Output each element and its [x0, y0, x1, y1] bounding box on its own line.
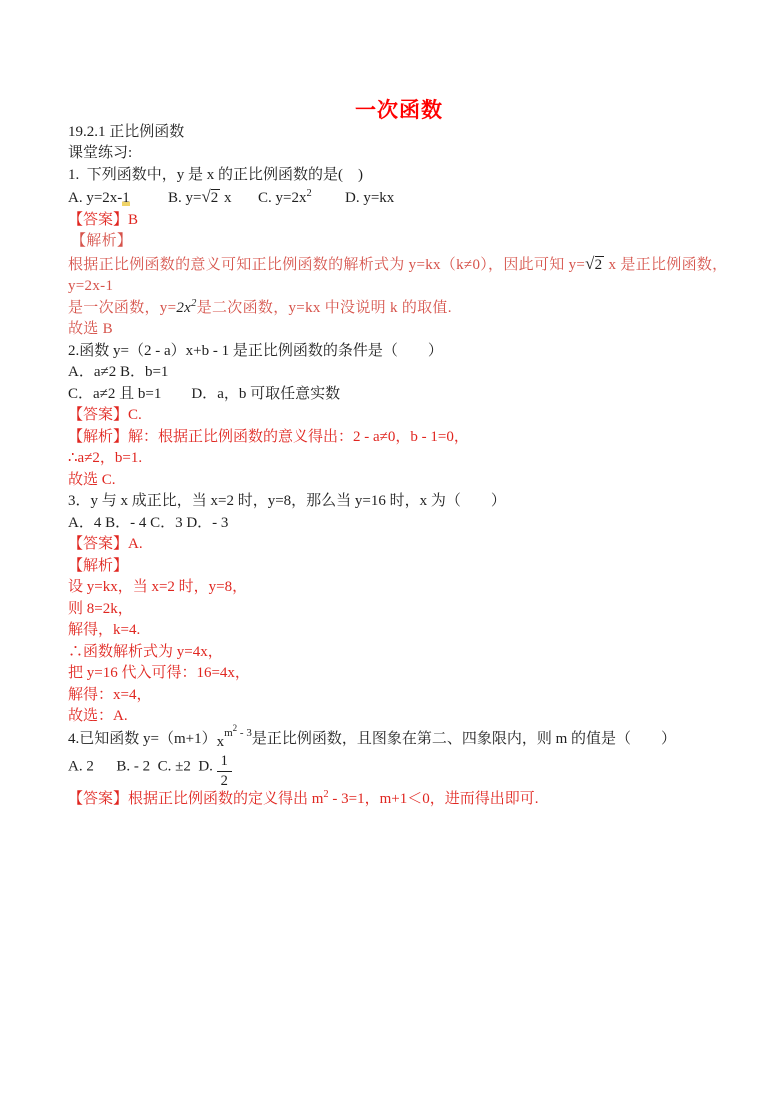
q2-answer: 【答案】C.: [68, 405, 730, 427]
q1-option-b-text: B. y=: [168, 190, 201, 206]
q3-step-6: 解得：x=4，: [68, 685, 730, 707]
q4-exponent-m: m: [224, 727, 233, 739]
q1-option-c-exponent: 2: [306, 188, 311, 199]
q1-options: A. y=2x-1B. y=√2 xC. y=2x2D. y=kx: [68, 186, 730, 210]
q2-options-cd: C．a≠2 且 b=1 D．a，b 可取任意实数: [68, 384, 730, 406]
q1-stem: 1. 下列函数中，y 是 x 的正比例函数的是( ): [68, 165, 730, 187]
section-heading: 19.2.1 正比例函数: [68, 122, 730, 144]
q1-option-c: C. y=2x2: [258, 188, 345, 210]
q1-solution-line2: 是一次函数，y=2x2是二次函数，y=kx 中没说明 k 的取值.: [68, 298, 730, 320]
q1-quadratic-base: 2x: [176, 300, 191, 316]
q2-stem: 2.函数 y=（2 - a）x+b - 1 是正比例函数的条件是（ ）: [68, 341, 730, 363]
q3-analysis-label: 【解析】: [68, 556, 730, 578]
q1-option-a: A. y=2x-1: [68, 188, 168, 210]
q4-options-text: A. 2 B. - 2 C. ±2 D.: [68, 759, 217, 775]
q3-stem: 3．y 与 x 成正比，当 x=2 时，y=8，那么当 y=16 时，x 为（ …: [68, 491, 730, 513]
q4-stem-text: 4.已知函数 y=（m+1）: [68, 731, 217, 747]
q1-option-a-text: A. y=2x-: [68, 190, 122, 206]
q4-power-base: x: [217, 734, 225, 750]
q3-step-1: 设 y=kx，当 x=2 时，y=8，: [68, 577, 730, 599]
q4-power-exponent: m2 - 3: [224, 727, 252, 739]
q1-conclusion: 故选 B: [68, 319, 730, 341]
q1-option-c-text: C. y=2x: [258, 190, 306, 206]
fraction-one-half: 12: [217, 753, 232, 789]
page-title: 一次函数: [68, 100, 730, 122]
q3-step-2: 则 8=2k，: [68, 599, 730, 621]
q3-conclusion: 故选：A.: [68, 706, 730, 728]
q1-solution-line2-suffix: 是二次函数，y=kx 中没说明 k 的取值.: [197, 300, 452, 316]
worksheet-page: 一次函数 19.2.1 正比例函数 课堂练习: 1. 下列函数中，y 是 x 的…: [0, 0, 780, 1105]
q1-solution-line1-text: 根据正比例函数的意义可知正比例函数的解析式为 y=kx（k≠0），因此可知 y=: [68, 257, 585, 273]
q2-analysis: 【解析】解：根据正比例函数的意义得出：2 - a≠0，b - 1=0，: [68, 427, 730, 449]
q4-stem: 4.已知函数 y=（m+1）xm2 - 3是正比例函数，且图象在第二、四象限内，…: [68, 728, 730, 754]
fraction-denominator: 2: [217, 772, 232, 790]
q4-exponent-rest: - 3: [237, 727, 252, 739]
q3-step-5: 把 y=16 代入可得：16=4x，: [68, 663, 730, 685]
q1-quadratic-expression: 2x2: [176, 300, 196, 316]
sqrt-radical: √2: [201, 190, 220, 206]
q1-option-d: D. y=kx: [345, 188, 394, 210]
q4-stem-suffix: 是正比例函数，且图象在第二、四象限内，则 m 的值是（ ）: [252, 731, 676, 747]
q4-answer: 【答案】根据正比例函数的定义得出 m2 - 3=1，m+1＜0，进而得出即可.: [68, 789, 730, 811]
q3-step-3: 解得，k=4.: [68, 620, 730, 642]
q1-solution-line2-text: 是一次函数，y=: [68, 300, 176, 316]
q2-options-ab: A．a≠2 B．b=1: [68, 362, 730, 384]
sqrt-radical: √2: [585, 257, 604, 273]
q4-answer-suffix: - 3=1，m+1＜0，进而得出即可.: [329, 791, 539, 807]
q1-option-b-suffix: x: [220, 190, 231, 206]
practice-label: 课堂练习:: [68, 143, 730, 165]
q2-step: ∴a≠2，b=1.: [68, 448, 730, 470]
fraction-numerator: 1: [217, 753, 232, 772]
q1-answer: 【答案】B: [68, 210, 730, 232]
q1-option-a-highlighted-digit: 1: [122, 190, 130, 206]
sqrt-sign: √: [585, 254, 595, 273]
q4-answer-text: 【答案】根据正比例函数的定义得出 m: [68, 791, 323, 807]
q2-conclusion: 故选 C.: [68, 470, 730, 492]
q4-options: A. 2 B. - 2 C. ±2 D. 12: [68, 753, 730, 789]
q1-analysis-label: 【解析】: [68, 231, 730, 253]
q3-answer: 【答案】A.: [68, 534, 730, 556]
sqrt-radicand: 2: [211, 189, 221, 206]
q1-option-b: B. y=√2 x: [168, 186, 258, 210]
q3-step-4: ∴函数解析式为 y=4x，: [68, 642, 730, 664]
sqrt-sign: √: [201, 187, 210, 206]
sqrt-radicand: 2: [595, 256, 605, 273]
q1-solution-line1: 根据正比例函数的意义可知正比例函数的解析式为 y=kx（k≠0），因此可知 y=…: [68, 253, 730, 298]
q3-options: A．4 B．- 4 C．3 D．- 3: [68, 513, 730, 535]
